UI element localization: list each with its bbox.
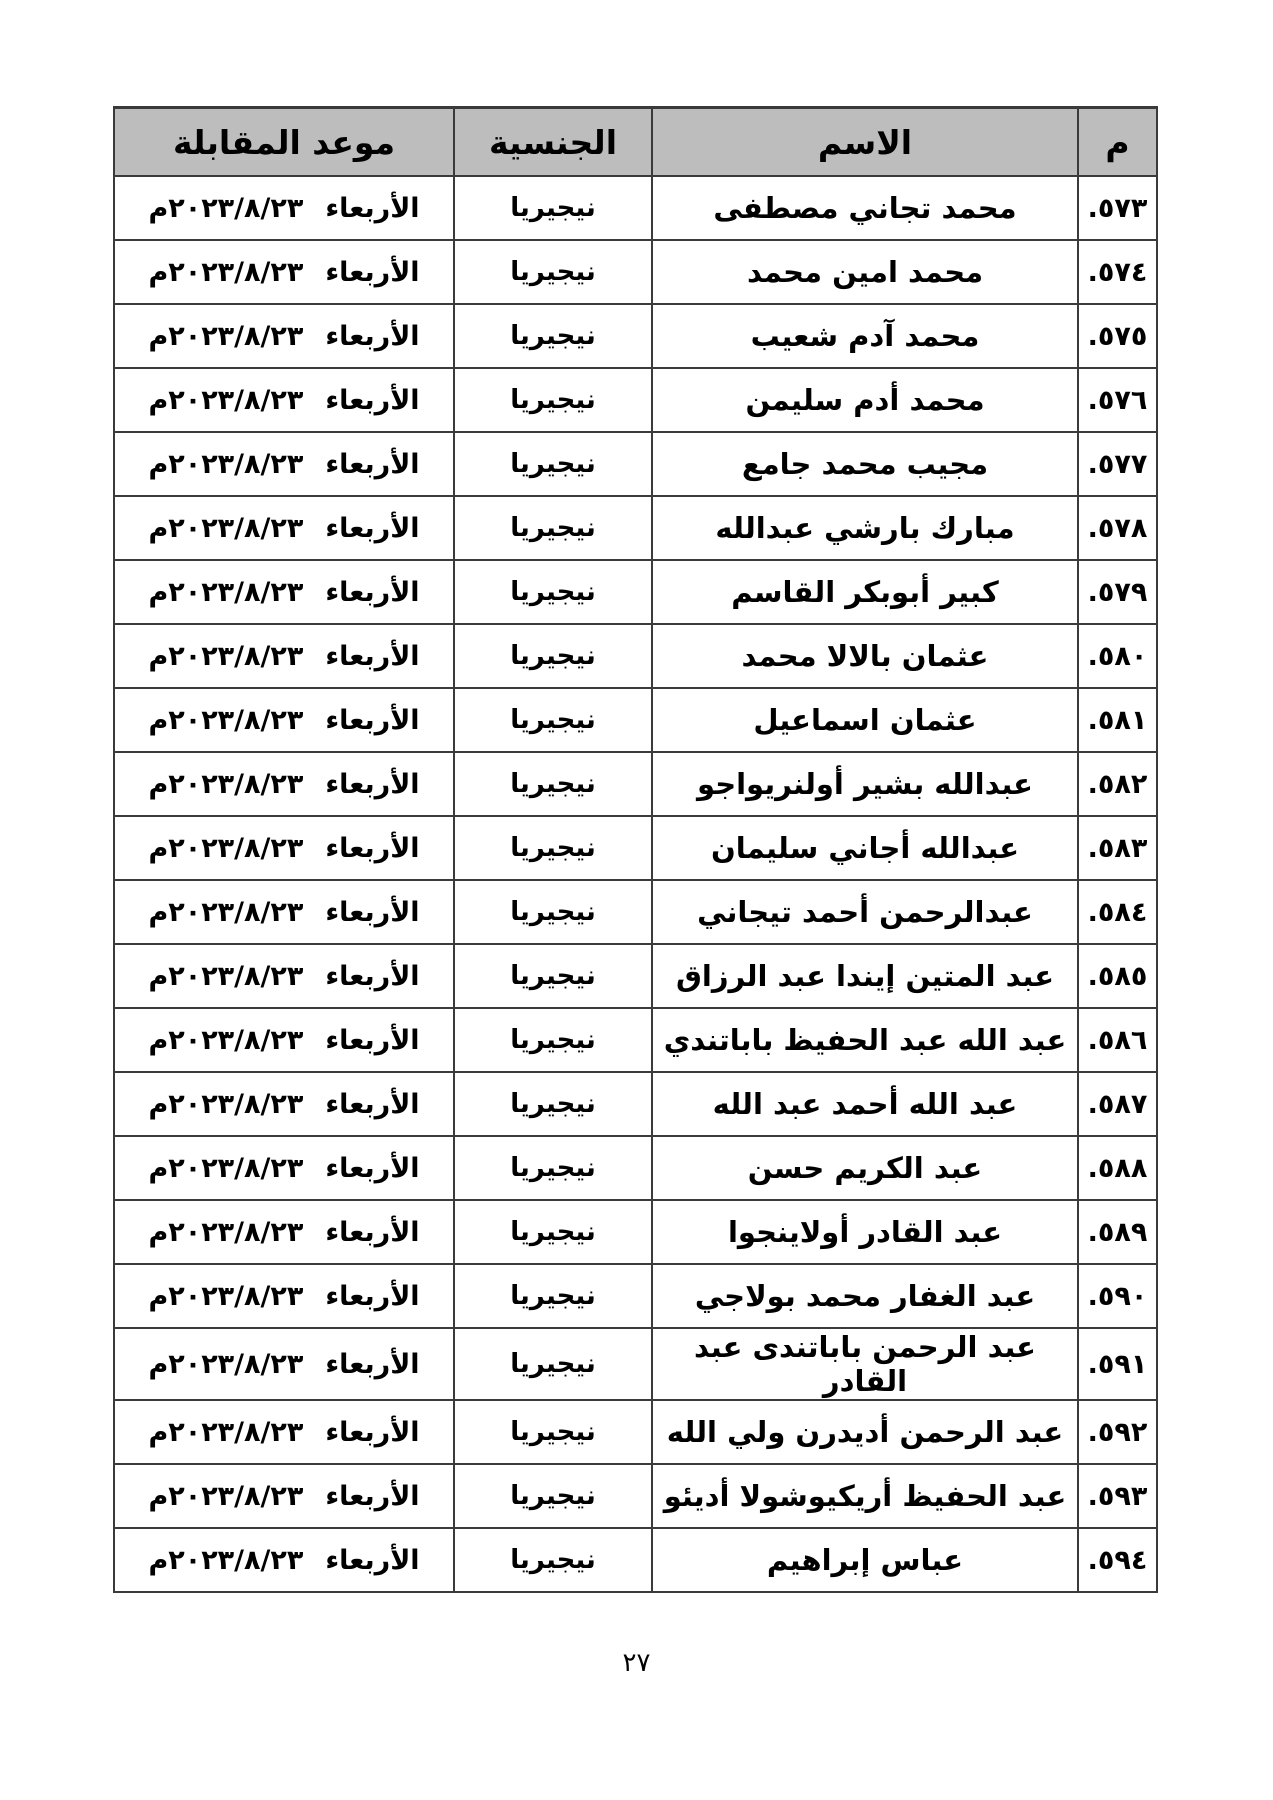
applicant-name-cell: عبد الله عبد الحفيظ باباتندي — [652, 1008, 1078, 1072]
nationality-cell: نيجيريا — [454, 1400, 652, 1464]
weekday-text: الأربعاء — [325, 513, 419, 544]
table-row: ٥٨١.عثمان اسماعيلنيجيرياالأربعاء٢٠٢٣/٨/٢… — [114, 688, 1157, 752]
weekday-text: الأربعاء — [325, 961, 419, 992]
weekday-text: الأربعاء — [325, 1153, 419, 1184]
gregorian-date-text: ٢٠٢٣/٨/٢٣م — [148, 897, 303, 928]
nationality-cell: نيجيريا — [454, 1200, 652, 1264]
weekday-text: الأربعاء — [325, 1481, 419, 1512]
weekday-text: الأربعاء — [325, 769, 419, 800]
applicant-name-cell: عبد الله أحمد عبد الله — [652, 1072, 1078, 1136]
applicant-name-cell: عبدالله بشير أولنريواجو — [652, 752, 1078, 816]
applicant-name-cell: عثمان بالالا محمد — [652, 624, 1078, 688]
gregorian-date-text: ٢٠٢٣/٨/٢٣م — [148, 1217, 303, 1248]
applicant-name-cell: كبير أبوبكر القاسم — [652, 560, 1078, 624]
gregorian-date-text: ٢٠٢٣/٨/٢٣م — [148, 769, 303, 800]
nationality-cell: نيجيريا — [454, 1464, 652, 1528]
applicant-name-cell: مجيب محمد جامع — [652, 432, 1078, 496]
applicant-name-cell: عثمان اسماعيل — [652, 688, 1078, 752]
nationality-cell: نيجيريا — [454, 880, 652, 944]
applicant-name-cell: عباس إبراهيم — [652, 1528, 1078, 1592]
gregorian-date-text: ٢٠٢٣/٨/٢٣م — [148, 1025, 303, 1056]
weekday-text: الأربعاء — [325, 1349, 419, 1380]
gregorian-date-text: ٢٠٢٣/٨/٢٣م — [148, 1281, 303, 1312]
interview-date-cell: الأربعاء٢٠٢٣/٨/٢٣م — [114, 880, 454, 944]
gregorian-date-text: ٢٠٢٣/٨/٢٣م — [148, 705, 303, 736]
table-row: ٥٧٧.مجيب محمد جامعنيجيرياالأربعاء٢٠٢٣/٨/… — [114, 432, 1157, 496]
table-row: ٥٩٤.عباس إبراهيمنيجيرياالأربعاء٢٠٢٣/٨/٢٣… — [114, 1528, 1157, 1592]
interview-date-cell: الأربعاء٢٠٢٣/٨/٢٣م — [114, 432, 454, 496]
row-number-cell: ٥٨٧. — [1078, 1072, 1157, 1136]
applicant-name-cell: عبد الحفيظ أريكيوشولا أديئو — [652, 1464, 1078, 1528]
table-row: ٥٨٨.عبد الكريم حسننيجيرياالأربعاء٢٠٢٣/٨/… — [114, 1136, 1157, 1200]
nationality-cell: نيجيريا — [454, 816, 652, 880]
gregorian-date-text: ٢٠٢٣/٨/٢٣م — [148, 385, 303, 416]
row-number-cell: ٥٧٨. — [1078, 496, 1157, 560]
interview-date-cell: الأربعاء٢٠٢٣/٨/٢٣م — [114, 1464, 454, 1528]
interview-date-cell: الأربعاء٢٠٢٣/٨/٢٣م — [114, 752, 454, 816]
nationality-cell: نيجيريا — [454, 624, 652, 688]
weekday-text: الأربعاء — [325, 449, 419, 480]
row-number-cell: ٥٧٧. — [1078, 432, 1157, 496]
applicant-name-cell: محمد تجاني مصطفى — [652, 176, 1078, 240]
interview-date-cell: الأربعاء٢٠٢٣/٨/٢٣م — [114, 944, 454, 1008]
gregorian-date-text: ٢٠٢٣/٨/٢٣م — [148, 1545, 303, 1576]
nationality-cell: نيجيريا — [454, 1264, 652, 1328]
interview-date-cell: الأربعاء٢٠٢٣/٨/٢٣م — [114, 688, 454, 752]
gregorian-date-text: ٢٠٢٣/٨/٢٣م — [148, 641, 303, 672]
row-number-cell: ٥٧٣. — [1078, 176, 1157, 240]
table-row: ٥٩١.عبد الرحمن باباتندى عبد القادرنيجيري… — [114, 1328, 1157, 1400]
interview-date-cell: الأربعاء٢٠٢٣/٨/٢٣م — [114, 1328, 454, 1400]
table-row: ٥٩٠.عبد الغفار محمد بولاجينيجيرياالأربعا… — [114, 1264, 1157, 1328]
table-row: ٥٨٦.عبد الله عبد الحفيظ باباتندينيجيرياا… — [114, 1008, 1157, 1072]
interview-date-cell: الأربعاء٢٠٢٣/٨/٢٣م — [114, 1008, 454, 1072]
row-number-cell: ٥٨١. — [1078, 688, 1157, 752]
weekday-text: الأربعاء — [325, 577, 419, 608]
interview-date-cell: الأربعاء٢٠٢٣/٨/٢٣م — [114, 1400, 454, 1464]
interview-date-cell: الأربعاء٢٠٢٣/٨/٢٣م — [114, 1528, 454, 1592]
nationality-cell: نيجيريا — [454, 1136, 652, 1200]
weekday-text: الأربعاء — [325, 385, 419, 416]
page-number: ٢٧ — [0, 1648, 1273, 1678]
table-row: ٥٩٢.عبد الرحمن أديدرن ولي اللهنيجيرياالأ… — [114, 1400, 1157, 1464]
weekday-text: الأربعاء — [325, 1417, 419, 1448]
gregorian-date-text: ٢٠٢٣/٨/٢٣م — [148, 1089, 303, 1120]
interview-date-cell: الأربعاء٢٠٢٣/٨/٢٣م — [114, 1072, 454, 1136]
weekday-text: الأربعاء — [325, 257, 419, 288]
row-number-cell: ٥٧٩. — [1078, 560, 1157, 624]
weekday-text: الأربعاء — [325, 1281, 419, 1312]
row-number-cell: ٥٨٠. — [1078, 624, 1157, 688]
table-row: ٥٨٥.عبد المتين إيندا عبد الرزاقنيجيرياال… — [114, 944, 1157, 1008]
interview-date-cell: الأربعاء٢٠٢٣/٨/٢٣م — [114, 816, 454, 880]
gregorian-date-text: ٢٠٢٣/٨/٢٣م — [148, 1417, 303, 1448]
interview-date-cell: الأربعاء٢٠٢٣/٨/٢٣م — [114, 240, 454, 304]
table-row: ٥٧٣.محمد تجاني مصطفىنيجيرياالأربعاء٢٠٢٣/… — [114, 176, 1157, 240]
nationality-cell: نيجيريا — [454, 1072, 652, 1136]
weekday-text: الأربعاء — [325, 1545, 419, 1576]
gregorian-date-text: ٢٠٢٣/٨/٢٣م — [148, 577, 303, 608]
row-number-cell: ٥٨٨. — [1078, 1136, 1157, 1200]
interview-date-cell: الأربعاء٢٠٢٣/٨/٢٣م — [114, 560, 454, 624]
nationality-cell: نيجيريا — [454, 1328, 652, 1400]
row-number-cell: ٥٨٦. — [1078, 1008, 1157, 1072]
row-number-cell: ٥٨٩. — [1078, 1200, 1157, 1264]
nationality-cell: نيجيريا — [454, 496, 652, 560]
table-row: ٥٧٤.محمد امين محمدنيجيرياالأربعاء٢٠٢٣/٨/… — [114, 240, 1157, 304]
nationality-cell: نيجيريا — [454, 688, 652, 752]
column-header-nationality: الجنسية — [454, 108, 652, 177]
gregorian-date-text: ٢٠٢٣/٨/٢٣م — [148, 833, 303, 864]
table-row: ٥٨٠.عثمان بالالا محمدنيجيرياالأربعاء٢٠٢٣… — [114, 624, 1157, 688]
row-number-cell: ٥٧٥. — [1078, 304, 1157, 368]
table-row: ٥٧٨.مبارك بارشي عبداللهنيجيرياالأربعاء٢٠… — [114, 496, 1157, 560]
table-row: ٥٨٤.عبدالرحمن أحمد تيجانينيجيرياالأربعاء… — [114, 880, 1157, 944]
gregorian-date-text: ٢٠٢٣/٨/٢٣م — [148, 961, 303, 992]
row-number-cell: ٥٩٤. — [1078, 1528, 1157, 1592]
gregorian-date-text: ٢٠٢٣/٨/٢٣م — [148, 1349, 303, 1380]
document-page: م الاسم الجنسية موعد المقابلة ٥٧٣.محمد ت… — [0, 0, 1273, 1800]
weekday-text: الأربعاء — [325, 1025, 419, 1056]
table-row: ٥٧٦.محمد أدم سليمننيجيرياالأربعاء٢٠٢٣/٨/… — [114, 368, 1157, 432]
row-number-cell: ٥٩٢. — [1078, 1400, 1157, 1464]
nationality-cell: نيجيريا — [454, 432, 652, 496]
weekday-text: الأربعاء — [325, 193, 419, 224]
applicant-name-cell: مبارك بارشي عبدالله — [652, 496, 1078, 560]
gregorian-date-text: ٢٠٢٣/٨/٢٣م — [148, 1481, 303, 1512]
applicant-name-cell: عبد الرحمن باباتندى عبد القادر — [652, 1328, 1078, 1400]
nationality-cell: نيجيريا — [454, 1528, 652, 1592]
weekday-text: الأربعاء — [325, 1089, 419, 1120]
table-row: ٥٨٩.عبد القادر أولاينجوانيجيرياالأربعاء٢… — [114, 1200, 1157, 1264]
weekday-text: الأربعاء — [325, 833, 419, 864]
gregorian-date-text: ٢٠٢٣/٨/٢٣م — [148, 513, 303, 544]
row-number-cell: ٥٩١. — [1078, 1328, 1157, 1400]
applicant-name-cell: عبد الرحمن أديدرن ولي الله — [652, 1400, 1078, 1464]
gregorian-date-text: ٢٠٢٣/٨/٢٣م — [148, 257, 303, 288]
interview-date-cell: الأربعاء٢٠٢٣/٨/٢٣م — [114, 368, 454, 432]
row-number-cell: ٥٨٢. — [1078, 752, 1157, 816]
interview-date-cell: الأربعاء٢٠٢٣/٨/٢٣م — [114, 1200, 454, 1264]
interview-schedule-table: م الاسم الجنسية موعد المقابلة ٥٧٣.محمد ت… — [113, 106, 1158, 1593]
column-header-number: م — [1078, 108, 1157, 177]
applicant-name-cell: محمد امين محمد — [652, 240, 1078, 304]
row-number-cell: ٥٨٣. — [1078, 816, 1157, 880]
nationality-cell: نيجيريا — [454, 240, 652, 304]
table-row: ٥٨٢.عبدالله بشير أولنريواجونيجيرياالأربع… — [114, 752, 1157, 816]
applicant-name-cell: عبد الغفار محمد بولاجي — [652, 1264, 1078, 1328]
weekday-text: الأربعاء — [325, 1217, 419, 1248]
nationality-cell: نيجيريا — [454, 1008, 652, 1072]
applicant-name-cell: عبد الكريم حسن — [652, 1136, 1078, 1200]
applicant-name-cell: محمد أدم سليمن — [652, 368, 1078, 432]
gregorian-date-text: ٢٠٢٣/٨/٢٣م — [148, 449, 303, 480]
applicant-name-cell: عبد المتين إيندا عبد الرزاق — [652, 944, 1078, 1008]
interview-date-cell: الأربعاء٢٠٢٣/٨/٢٣م — [114, 1136, 454, 1200]
interview-date-cell: الأربعاء٢٠٢٣/٨/٢٣م — [114, 1264, 454, 1328]
table-row: ٥٧٩.كبير أبوبكر القاسمنيجيرياالأربعاء٢٠٢… — [114, 560, 1157, 624]
nationality-cell: نيجيريا — [454, 304, 652, 368]
nationality-cell: نيجيريا — [454, 368, 652, 432]
table-row: ٥٨٧.عبد الله أحمد عبد اللهنيجيرياالأربعا… — [114, 1072, 1157, 1136]
interview-date-cell: الأربعاء٢٠٢٣/٨/٢٣م — [114, 304, 454, 368]
nationality-cell: نيجيريا — [454, 944, 652, 1008]
row-number-cell: ٥٩٣. — [1078, 1464, 1157, 1528]
row-number-cell: ٥٩٠. — [1078, 1264, 1157, 1328]
applicant-name-cell: محمد آدم شعيب — [652, 304, 1078, 368]
row-number-cell: ٥٨٥. — [1078, 944, 1157, 1008]
interview-date-cell: الأربعاء٢٠٢٣/٨/٢٣م — [114, 496, 454, 560]
column-header-interview-date: موعد المقابلة — [114, 108, 454, 177]
nationality-cell: نيجيريا — [454, 752, 652, 816]
applicant-name-cell: عبدالله أجاني سليمان — [652, 816, 1078, 880]
weekday-text: الأربعاء — [325, 641, 419, 672]
weekday-text: الأربعاء — [325, 897, 419, 928]
applicant-name-cell: عبدالرحمن أحمد تيجاني — [652, 880, 1078, 944]
table-row: ٥٨٣.عبدالله أجاني سليماننيجيرياالأربعاء٢… — [114, 816, 1157, 880]
applicant-name-cell: عبد القادر أولاينجوا — [652, 1200, 1078, 1264]
table-row: ٥٧٥.محمد آدم شعيبنيجيرياالأربعاء٢٠٢٣/٨/٢… — [114, 304, 1157, 368]
interview-date-cell: الأربعاء٢٠٢٣/٨/٢٣م — [114, 176, 454, 240]
nationality-cell: نيجيريا — [454, 560, 652, 624]
weekday-text: الأربعاء — [325, 321, 419, 352]
gregorian-date-text: ٢٠٢٣/٨/٢٣م — [148, 321, 303, 352]
gregorian-date-text: ٢٠٢٣/٨/٢٣م — [148, 1153, 303, 1184]
table-header-row: م الاسم الجنسية موعد المقابلة — [114, 108, 1157, 177]
row-number-cell: ٥٨٤. — [1078, 880, 1157, 944]
nationality-cell: نيجيريا — [454, 176, 652, 240]
table-row: ٥٩٣.عبد الحفيظ أريكيوشولا أديئونيجيرياال… — [114, 1464, 1157, 1528]
weekday-text: الأربعاء — [325, 705, 419, 736]
row-number-cell: ٥٧٦. — [1078, 368, 1157, 432]
gregorian-date-text: ٢٠٢٣/٨/٢٣م — [148, 193, 303, 224]
column-header-name: الاسم — [652, 108, 1078, 177]
interview-date-cell: الأربعاء٢٠٢٣/٨/٢٣م — [114, 624, 454, 688]
row-number-cell: ٥٧٤. — [1078, 240, 1157, 304]
